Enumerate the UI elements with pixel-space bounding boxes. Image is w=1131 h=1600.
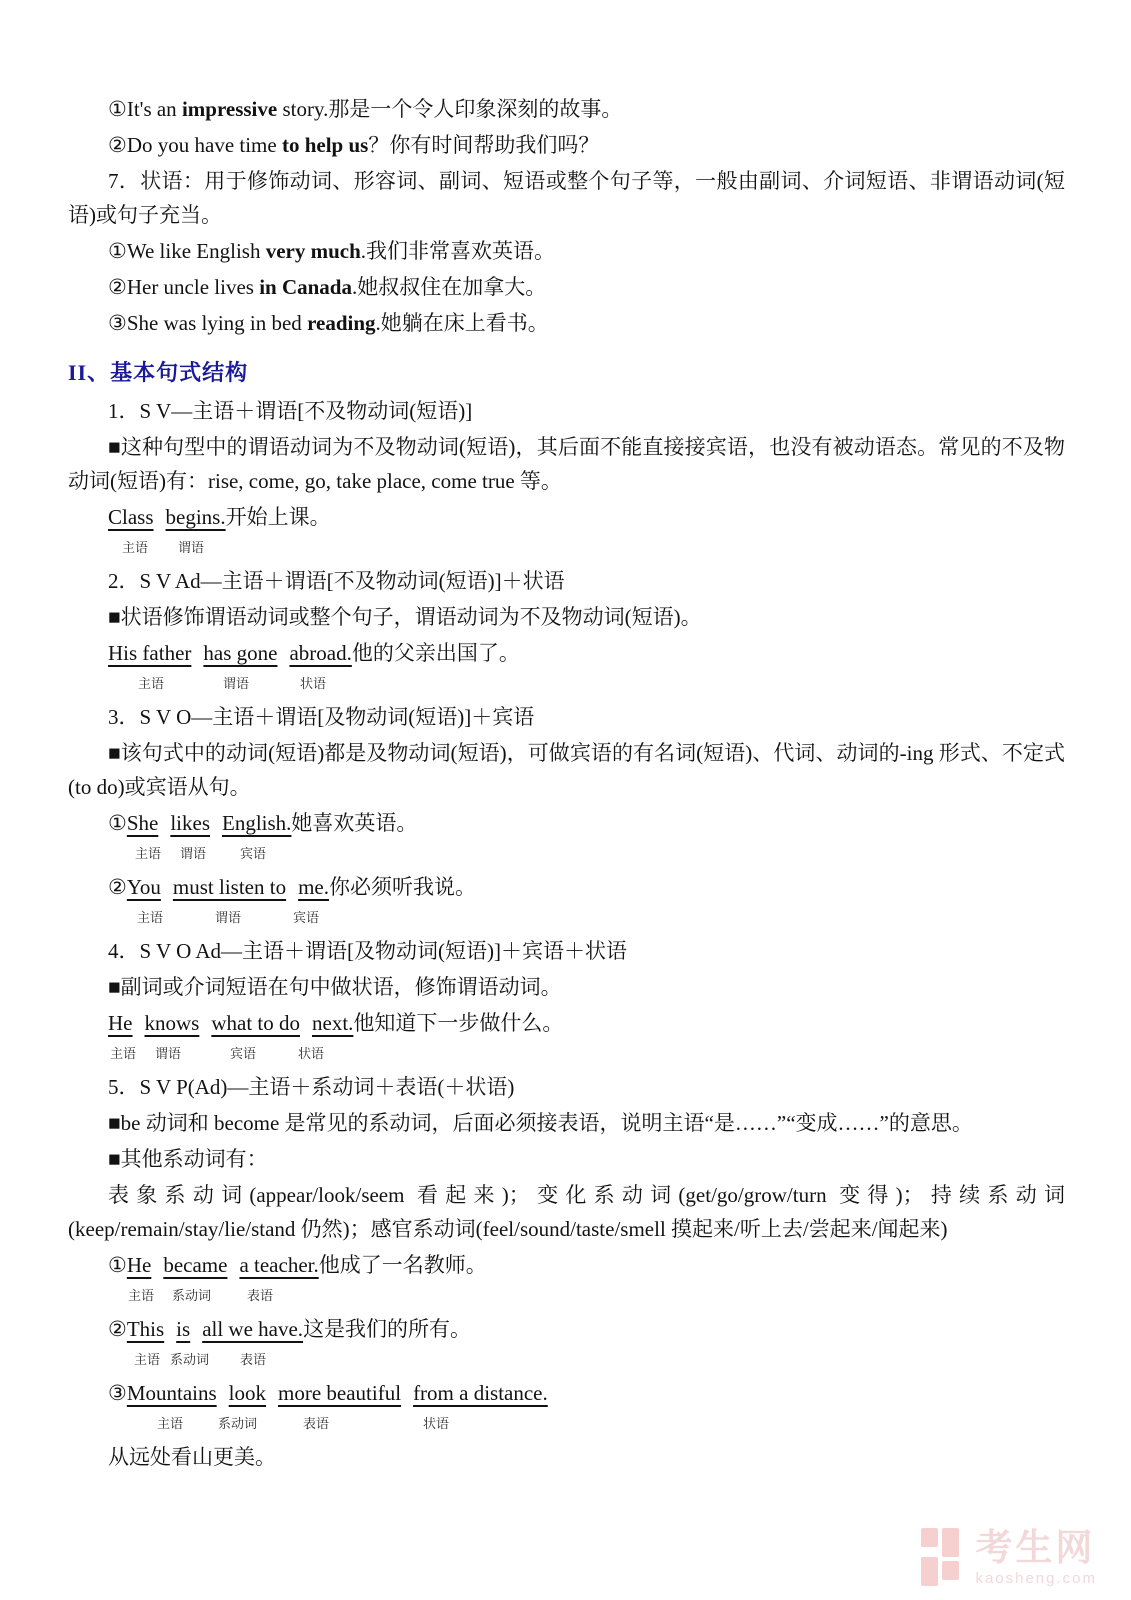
underlined-phrase: He: [127, 1253, 152, 1277]
text-run: ②: [108, 875, 127, 899]
grammar-label: 谓语: [155, 1043, 181, 1065]
example-sentence: Heknowswhat to donext.他知道下一步做什么。: [108, 1006, 1065, 1040]
text-run: ①It's an: [108, 97, 182, 121]
text-run: 3．S V O—主语＋谓语[及物动词(短语)]＋宾语: [108, 705, 534, 729]
text-run: 他的父亲出国了。: [352, 641, 520, 665]
paragraph: ■be 动词和 become 是常见的系动词，后面必须接表语，说明主语“是……”…: [68, 1106, 1065, 1140]
grammar-label-row: 主语谓语宾语状语: [68, 1042, 1065, 1070]
underlined-phrase: abroad.: [289, 641, 351, 665]
bold-phrase: in Canada: [259, 275, 352, 299]
logo-block: [942, 1528, 959, 1557]
watermark-brand-text: 考生网: [975, 1530, 1097, 1567]
text-run: 2．S V Ad—主语＋谓语[不及物动词(短语)]＋状语: [108, 569, 565, 593]
paragraph: ②Her uncle lives in Canada.她叔叔住在加拿大。: [68, 270, 1065, 304]
grammar-label: 主语: [135, 843, 161, 865]
text-run: story.那是一个令人印象深刻的故事。: [277, 97, 622, 121]
text-run: 从远处看山更美。: [108, 1445, 276, 1469]
grammar-label: 主语: [137, 907, 163, 929]
text-run: .她叔叔住在加拿大。: [352, 275, 546, 299]
text-run: ■副词或介词短语在句中做状语，修饰谓语动词。: [108, 975, 562, 999]
underlined-phrase: English.: [222, 811, 291, 835]
text-run: 这是我们的所有。: [303, 1317, 471, 1341]
example-sentence: ②Youmust listen tome.你必须听我说。: [108, 870, 1065, 904]
logo-block: [942, 1561, 959, 1580]
example-sentence: His fatherhas goneabroad.他的父亲出国了。: [108, 636, 1065, 670]
grammar-label: 宾语: [240, 843, 266, 865]
grammar-label: 主语: [110, 1043, 136, 1065]
underlined-phrase: is: [176, 1317, 190, 1341]
example-sentence: Classbegins.开始上课。: [108, 500, 1065, 534]
example-sentence: ①Hebecamea teacher.他成了一名教师。: [108, 1248, 1065, 1282]
text-run: ①: [108, 811, 127, 835]
bold-phrase: reading: [307, 311, 375, 335]
text-run: ■该句式中的动词(短语)都是及物动词(短语)，可做宾语的有名词(短语)、代词、动…: [68, 741, 1065, 799]
text-run: 4．S V O Ad—主语＋谓语[及物动词(短语)]＋宾语＋状语: [108, 939, 627, 963]
document-content: ①It's an impressive story.那是一个令人印象深刻的故事。…: [68, 92, 1065, 1476]
watermark-domain-text: kaosheng.com: [975, 1571, 1097, 1586]
grammar-label: 表语: [240, 1349, 266, 1371]
grammar-label: 谓语: [223, 673, 249, 695]
paragraph: ■该句式中的动词(短语)都是及物动词(短语)，可做宾语的有名词(短语)、代词、动…: [68, 736, 1065, 804]
text-run: 开始上课。: [226, 505, 331, 529]
logo-block: [921, 1528, 938, 1547]
text-run: ③She was lying in bed: [108, 311, 307, 335]
grammar-label: 表语: [247, 1285, 273, 1307]
example-sentence: ②Thisisall we have.这是我们的所有。: [108, 1312, 1065, 1346]
grammar-label-row: 主语系动词表语: [68, 1348, 1065, 1376]
text-run: 表象系动词(appear/look/seem 看起来)；变化系动词(get/go…: [68, 1183, 1065, 1241]
text-run: ①We like English: [108, 239, 266, 263]
underlined-phrase: She: [127, 811, 159, 835]
grammar-label-row: 主语谓语宾语: [68, 842, 1065, 870]
text-run: 他知道下一步做什么。: [353, 1011, 563, 1035]
grammar-label: 宾语: [230, 1043, 256, 1065]
grammar-label-row: 主语谓语宾语: [68, 906, 1065, 934]
paragraph: ②Do you have time to help us？你有时间帮助我们吗？: [68, 128, 1065, 162]
underlined-phrase: Mountains: [127, 1381, 217, 1405]
text-run: ■这种句型中的谓语动词为不及物动词(短语)，其后面不能直接接宾语，也没有被动语态…: [68, 435, 1065, 493]
paragraph: 1．S V—主语＋谓语[不及物动词(短语)]: [68, 394, 1065, 428]
paragraph: 2．S V Ad—主语＋谓语[不及物动词(短语)]＋状语: [68, 564, 1065, 598]
paragraph: ■这种句型中的谓语动词为不及物动词(短语)，其后面不能直接接宾语，也没有被动语态…: [68, 430, 1065, 498]
text-run: ■be 动词和 become 是常见的系动词，后面必须接表语，说明主语“是……”…: [108, 1111, 973, 1135]
grammar-label: 主语: [134, 1349, 160, 1371]
grammar-label: 系动词: [170, 1349, 209, 1371]
grammar-label: 主语: [138, 673, 164, 695]
text-run: .她躺在床上看书。: [376, 311, 549, 335]
underlined-phrase: This: [127, 1317, 164, 1341]
underlined-phrase: likes: [170, 811, 210, 835]
grammar-label-row: 主语谓语: [68, 536, 1065, 564]
grammar-label: 主语: [128, 1285, 154, 1307]
paragraph: 7．状语：用于修饰动词、形容词、副词、短语或整个句子等，一般由副词、介词短语、非…: [68, 164, 1065, 232]
grammar-label: 表语: [303, 1413, 329, 1435]
underlined-phrase: He: [108, 1011, 133, 1035]
paragraph: 5．S V P(Ad)—主语＋系动词＋表语(＋状语): [68, 1070, 1065, 1104]
text-run: 1．S V—主语＋谓语[不及物动词(短语)]: [108, 399, 472, 423]
underlined-phrase: has gone: [203, 641, 277, 665]
underlined-phrase: from a distance.: [413, 1381, 548, 1405]
paragraph: 4．S V O Ad—主语＋谓语[及物动词(短语)]＋宾语＋状语: [68, 934, 1065, 968]
paragraph: 从远处看山更美。: [68, 1440, 1065, 1474]
underlined-phrase: must listen to: [173, 875, 286, 899]
underlined-phrase: next.: [312, 1011, 353, 1035]
text-run: ■其他系动词有：: [108, 1147, 268, 1171]
text-run: 他成了一名教师。: [319, 1253, 487, 1277]
underlined-phrase: more beautiful: [278, 1381, 401, 1405]
grammar-label: 系动词: [218, 1413, 257, 1435]
paragraph: 3．S V O—主语＋谓语[及物动词(短语)]＋宾语: [68, 700, 1065, 734]
underlined-phrase: all we have.: [202, 1317, 303, 1341]
underlined-phrase: knows: [145, 1011, 200, 1035]
underlined-phrase: His father: [108, 641, 191, 665]
text-run: ①: [108, 1253, 127, 1277]
text-run: ②: [108, 1317, 127, 1341]
grammar-label: 状语: [423, 1413, 449, 1435]
grammar-label: 谓语: [180, 843, 206, 865]
grammar-label: 主语: [122, 537, 148, 559]
underlined-phrase: became: [163, 1253, 227, 1277]
underlined-phrase: me.: [298, 875, 329, 899]
grammar-label: 状语: [300, 673, 326, 695]
text-run: 5．S V P(Ad)—主语＋系动词＋表语(＋状语): [108, 1075, 514, 1099]
paragraph: ①It's an impressive story.那是一个令人印象深刻的故事。: [68, 92, 1065, 126]
text-run: ③: [108, 1381, 127, 1405]
bold-phrase: to help us: [282, 133, 368, 157]
grammar-label-row: 主语系动词表语状语: [68, 1412, 1065, 1440]
text-run: ■状语修饰谓语动词或整个句子，谓语动词为不及物动词(短语)。: [108, 605, 702, 629]
text-run: ②Her uncle lives: [108, 275, 259, 299]
paragraph: ■状语修饰谓语动词或整个句子，谓语动词为不及物动词(短语)。: [68, 600, 1065, 634]
paragraph: ③She was lying in bed reading.她躺在床上看书。: [68, 306, 1065, 340]
underlined-phrase: Class: [108, 505, 154, 529]
paragraph: ■其他系动词有：: [68, 1142, 1065, 1176]
text-run: 她喜欢英语。: [291, 811, 417, 835]
grammar-label-row: 主语系动词表语: [68, 1284, 1065, 1312]
text-run: ②Do you have time: [108, 133, 282, 157]
document-page: ①It's an impressive story.那是一个令人印象深刻的故事。…: [0, 0, 1131, 1600]
grammar-label: 谓语: [215, 907, 241, 929]
paragraph: ■副词或介词短语在句中做状语，修饰谓语动词。: [68, 970, 1065, 1004]
grammar-label: 宾语: [293, 907, 319, 929]
underlined-phrase: a teacher.: [239, 1253, 318, 1277]
example-sentence: ①ShelikesEnglish.她喜欢英语。: [108, 806, 1065, 840]
underlined-phrase: what to do: [211, 1011, 300, 1035]
watermark-text-group: 考生网 kaosheng.com: [975, 1530, 1097, 1586]
kaosheng-watermark: 考生网 kaosheng.com: [921, 1528, 1097, 1586]
bold-phrase: very much: [266, 239, 361, 263]
grammar-label: 状语: [298, 1043, 324, 1065]
kaosheng-logo-icon: [921, 1528, 963, 1586]
paragraph: ①We like English very much.我们非常喜欢英语。: [68, 234, 1065, 268]
grammar-label-row: 主语谓语状语: [68, 672, 1065, 700]
underlined-phrase: You: [127, 875, 161, 899]
text-run: ？你有时间帮助我们吗？: [368, 133, 599, 157]
underlined-phrase: begins.: [166, 505, 226, 529]
text-run: 7．状语：用于修饰动词、形容词、副词、短语或整个句子等，一般由副词、介词短语、非…: [68, 169, 1065, 227]
text-run: .我们非常喜欢英语。: [361, 239, 555, 263]
text-run: 你必须听我说。: [329, 875, 476, 899]
section-heading: II、基本句式结构: [68, 356, 1065, 390]
example-sentence: ③Mountainslookmore beautifulfrom a dista…: [108, 1376, 1065, 1410]
logo-block: [921, 1557, 938, 1586]
grammar-label: 谓语: [178, 537, 204, 559]
grammar-label: 系动词: [172, 1285, 211, 1307]
underlined-phrase: look: [229, 1381, 266, 1405]
paragraph: 表象系动词(appear/look/seem 看起来)；变化系动词(get/go…: [68, 1178, 1065, 1246]
bold-phrase: impressive: [182, 97, 277, 121]
grammar-label: 主语: [157, 1413, 183, 1435]
